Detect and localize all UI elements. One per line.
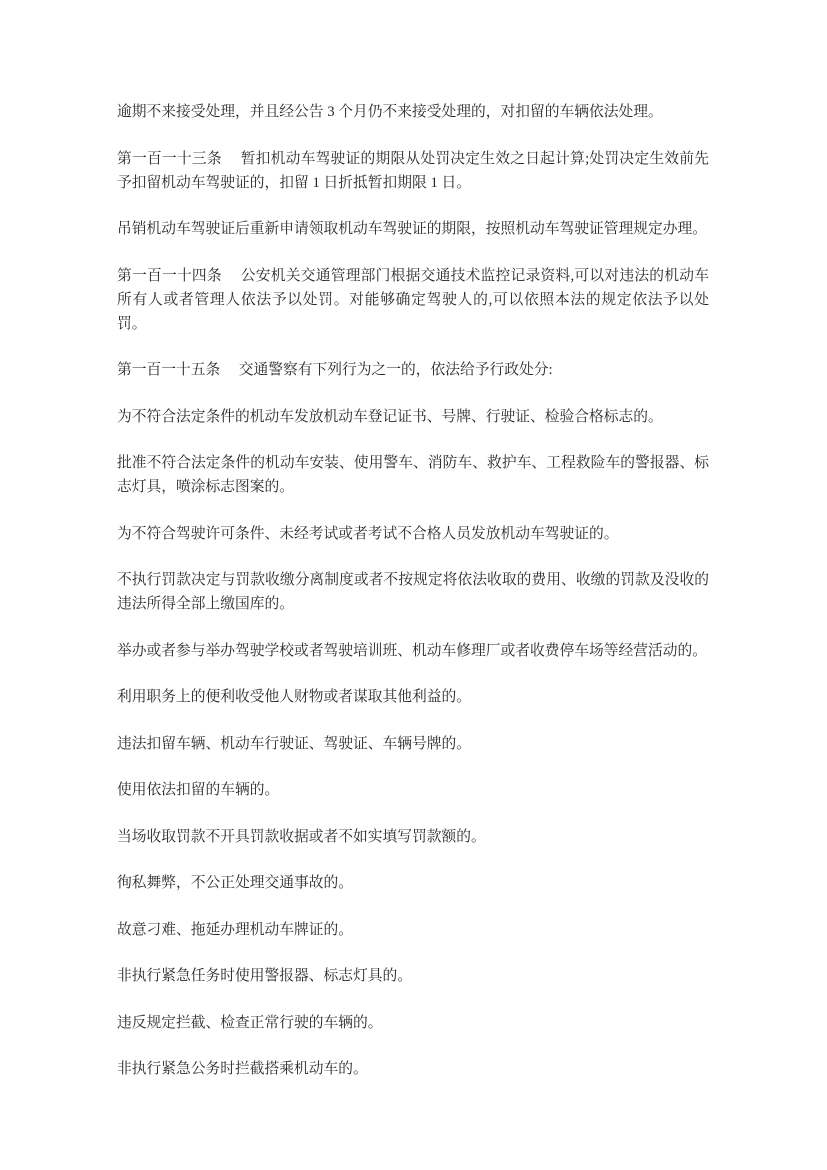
paragraph-10: 举办或者参与举办驾驶学校或者驾驶培训班、机动车修理厂或者收费停车场等经营活动的。 xyxy=(117,639,709,663)
paragraph-19: 非执行紧急公务时拦截搭乘机动车的。 xyxy=(117,1057,709,1081)
paragraph-1: 逾期不来接受处理，并且经公告 3 个月仍不来接受处理的，对扣留的车辆依法处理。 xyxy=(117,100,709,124)
paragraph-13: 使用依法扣留的车辆的。 xyxy=(117,778,709,802)
paragraph-3: 吊销机动车驾驶证后重新申请领取机动车驾驶证的期限，按照机动车驾驶证管理规定办理。 xyxy=(117,217,709,241)
paragraph-15: 徇私舞弊，不公正处理交通事故的。 xyxy=(117,871,709,895)
paragraph-list: 逾期不来接受处理，并且经公告 3 个月仍不来接受处理的，对扣留的车辆依法处理。第… xyxy=(0,0,824,1081)
paragraph-14: 当场收取罚款不开具罚款收据或者不如实填写罚款额的。 xyxy=(117,825,709,849)
paragraph-17: 非执行紧急任务时使用警报器、标志灯具的。 xyxy=(117,964,709,988)
paragraph-9: 不执行罚款决定与罚款收缴分离制度或者不按规定将依法收取的费用、收缴的罚款及没收的… xyxy=(117,568,709,616)
paragraph-12: 违法扣留车辆、机动车行驶证、驾驶证、车辆号牌的。 xyxy=(117,732,709,756)
paragraph-7: 批准不符合法定条件的机动车安装、使用警车、消防车、救护车、工程救险车的警报器、标… xyxy=(117,451,709,499)
paragraph-18: 违反规定拦截、检查正常行驶的车辆的。 xyxy=(117,1011,709,1035)
document-page: 逾期不来接受处理，并且经公告 3 个月仍不来接受处理的，对扣留的车辆依法处理。第… xyxy=(0,0,827,1170)
paragraph-11: 利用职务上的便利收受他人财物或者谋取其他利益的。 xyxy=(117,685,709,709)
paragraph-4: 第一百一十四条 公安机关交通管理部门根据交通技术监控记录资料,可以对违法的机动车… xyxy=(117,264,709,336)
paragraph-2: 第一百一十三条 暂扣机动车驾驶证的期限从处罚决定生效之日起计算;处罚决定生效前先… xyxy=(117,147,709,195)
paragraph-6: 为不符合法定条件的机动车发放机动车登记证书、号牌、行驶证、检验合格标志的。 xyxy=(117,405,709,429)
paragraph-8: 为不符合驾驶许可条件、未经考试或者考试不合格人员发放机动车驾驶证的。 xyxy=(117,522,709,546)
paragraph-16: 故意刁难、拖延办理机动车牌证的。 xyxy=(117,918,709,942)
paragraph-5: 第一百一十五条 交通警察有下列行为之一的，依法给予行政处分: xyxy=(117,358,709,382)
